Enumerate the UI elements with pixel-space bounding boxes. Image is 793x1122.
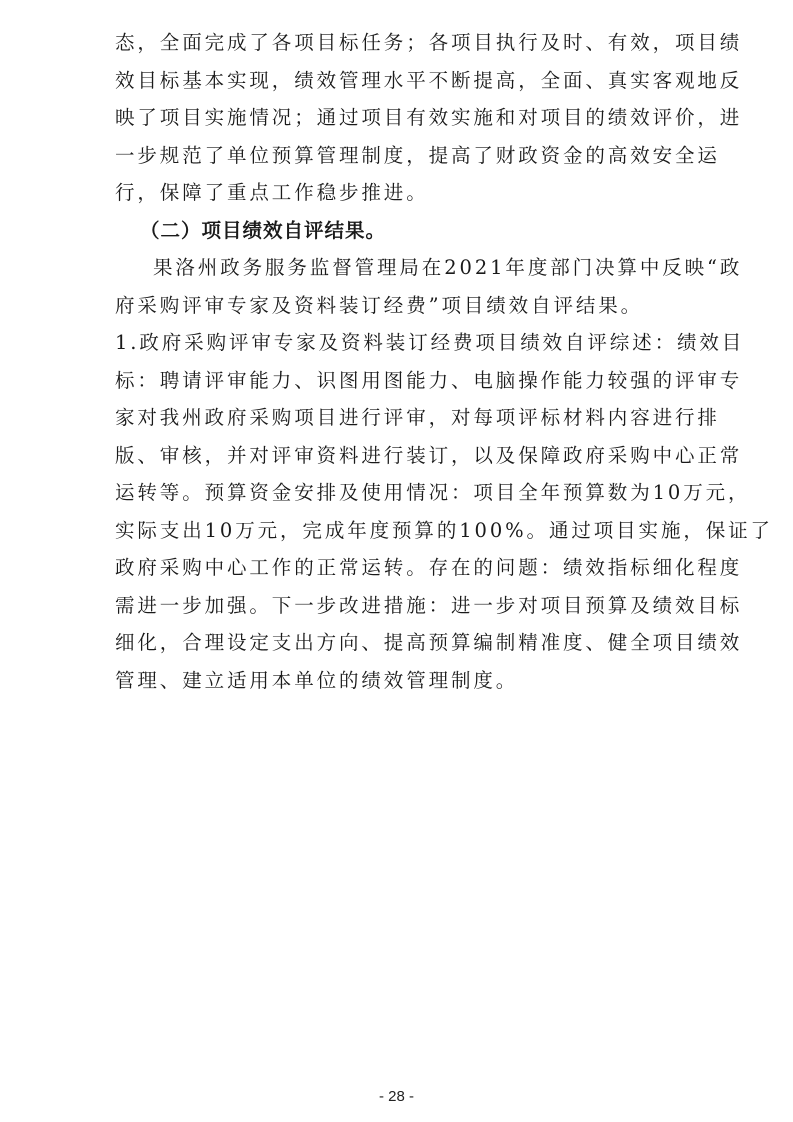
document-page: 态，全面完成了各项目标任务；各项目执行及时、有效，项目绩 效目标基本实现，绩效管…	[0, 0, 793, 1122]
paragraph-line: 行，保障了重点工作稳步推进。	[115, 180, 685, 206]
page-number: - 28 -	[0, 1088, 793, 1105]
item-line: 版、审核，并对评审资料进行装订，以及保障政府采购中心正常	[115, 443, 685, 469]
item-line: 管理、建立适用本单位的绩效管理制度。	[115, 668, 685, 694]
section-heading: （二）项目绩效自评结果。	[140, 218, 710, 244]
paragraph-line: 效目标基本实现，绩效管理水平不断提高，全面、真实客观地反	[115, 68, 685, 94]
item-line: 标：聘请评审能力、识图用图能力、电脑操作能力较强的评审专	[115, 368, 685, 394]
paragraph-line: 映了项目实施情况；通过项目有效实施和对项目的绩效评价，进	[115, 105, 685, 131]
paragraph-line: 一步规范了单位预算管理制度，提高了财政资金的高效安全运	[115, 143, 685, 169]
item-line: 政府采购中心工作的正常运转。存在的问题：绩效指标细化程度	[115, 555, 685, 581]
item-line: 1.政府采购评审专家及资料装订经费项目绩效自评综述：绩效目	[115, 330, 685, 356]
item-line: 运转等。预算资金安排及使用情况：项目全年预算数为10万元，	[115, 480, 685, 506]
item-line: 需进一步加强。下一步改进措施：进一步对项目预算及绩效目标	[115, 593, 685, 619]
item-line: 实际支出10万元，完成年度预算的100%。通过项目实施，保证了	[115, 518, 685, 544]
item-line: 细化，合理设定支出方向、提高预算编制精准度、健全项目绩效	[115, 630, 685, 656]
item-line: 家对我州政府采购项目进行评审，对每项评标材料内容进行排	[115, 405, 685, 431]
paragraph-line: 态，全面完成了各项目标任务；各项目执行及时、有效，项目绩	[115, 30, 685, 56]
intro-line: 果洛州政务服务监督管理局在2021年度部门决算中反映“政	[153, 255, 685, 281]
intro-line: 府采购评审专家及资料装订经费”项目绩效自评结果。	[115, 293, 685, 319]
